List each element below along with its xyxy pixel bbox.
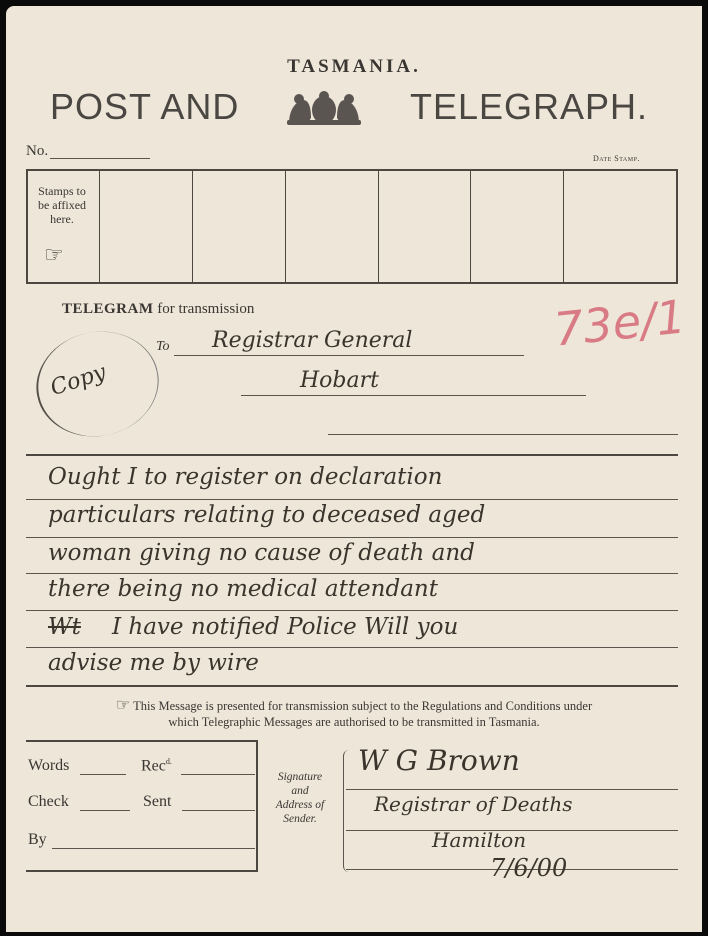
sender-label-line: Sender. xyxy=(260,812,340,826)
sender-label-line: and xyxy=(260,784,340,798)
message-rule xyxy=(26,499,678,500)
pointing-hand-icon: ☞ xyxy=(44,242,64,268)
recd-label: Recd. xyxy=(141,757,172,775)
sender-signature[interactable]: W G Brown xyxy=(358,744,520,777)
telegram-form: TASMANIA. POST AND TELEGRAPH. No. Date S… xyxy=(6,6,702,932)
struck-word: Wt xyxy=(48,614,81,640)
message-top-border xyxy=(26,454,678,456)
recd-sup: d. xyxy=(166,757,172,766)
by-field[interactable] xyxy=(52,848,255,849)
stamps-label-line: be affixed xyxy=(26,198,98,212)
stamp-box-divider xyxy=(192,170,193,282)
office-bottom-border xyxy=(26,870,258,872)
number-field[interactable] xyxy=(50,158,150,159)
stamp-box-divider xyxy=(563,170,564,282)
office-top-border xyxy=(26,740,258,742)
stamps-label-line: Stamps to xyxy=(26,184,98,198)
check-field[interactable] xyxy=(80,810,130,811)
stamp-box-divider xyxy=(99,170,100,282)
recd-field[interactable] xyxy=(181,774,255,775)
words-label: Words xyxy=(28,757,69,775)
sender-address-2[interactable]: Hamilton xyxy=(432,828,526,852)
to-line-3 xyxy=(328,434,678,435)
title-right: TELEGRAPH. xyxy=(410,86,648,128)
sender-date[interactable]: 7/6/00 xyxy=(490,854,567,882)
telegram-heading: TELEGRAM for transmission xyxy=(62,301,254,318)
to-label: To xyxy=(156,339,170,355)
colony-heading: TASMANIA. xyxy=(6,56,702,78)
message-rule xyxy=(26,573,678,574)
message-line[interactable]: Ought I to register on declaration xyxy=(48,464,442,490)
stamp-box-divider xyxy=(378,170,379,282)
message-line[interactable]: there being no medical attendant xyxy=(48,576,438,602)
notice-line-1: ☞ This Message is presented for transmis… xyxy=(6,698,702,714)
message-line[interactable]: I have notified Police Will you xyxy=(112,614,458,640)
telegram-heading-bold: TELEGRAM xyxy=(62,301,154,317)
sender-label: Signature and Address of Sender. xyxy=(260,770,340,826)
date-stamp-label: Date Stamp. xyxy=(593,154,640,163)
check-label: Check xyxy=(28,793,69,811)
sender-label-line: Address of xyxy=(260,798,340,812)
message-bottom-border xyxy=(26,685,678,687)
stamps-label-line: here. xyxy=(26,212,98,226)
stamps-label: Stamps to be affixed here. xyxy=(26,184,98,226)
telegram-heading-rest: for transmission xyxy=(157,301,254,317)
words-field[interactable] xyxy=(80,774,126,775)
notice-line-2: which Telegraphic Messages are authorise… xyxy=(6,714,702,730)
sender-address-1[interactable]: Registrar of Deaths xyxy=(374,792,573,816)
coat-of-arms-icon xyxy=(283,90,365,126)
to-line-2 xyxy=(241,395,586,396)
sender-brace xyxy=(343,750,352,872)
to-recipient[interactable]: Registrar General xyxy=(212,328,412,353)
stamp-box-divider xyxy=(470,170,471,282)
message-line[interactable]: woman giving no cause of death and xyxy=(48,540,475,566)
stamp-box-divider xyxy=(285,170,286,282)
sent-label: Sent xyxy=(143,793,171,811)
message-rule xyxy=(26,537,678,538)
stamps-bottom-border xyxy=(26,282,678,284)
sent-field[interactable] xyxy=(182,810,255,811)
notice-text: This Message is presented for transmissi… xyxy=(133,699,592,713)
message-line[interactable]: advise me by wire xyxy=(48,650,259,676)
by-label: By xyxy=(28,831,47,849)
stamps-right-border xyxy=(676,169,678,284)
recd-text: Rec xyxy=(141,757,166,774)
sender-label-line: Signature xyxy=(260,770,340,784)
message-rule xyxy=(26,647,678,648)
message-rule xyxy=(26,610,678,611)
office-right-border xyxy=(256,740,258,872)
pointing-hand-icon: ☞ xyxy=(116,697,130,714)
red-pencil-annotation: 73e/1 xyxy=(552,289,689,356)
signature-line xyxy=(346,789,678,790)
number-label: No. xyxy=(26,143,48,160)
regulations-notice: ☞ This Message is presented for transmis… xyxy=(6,698,702,730)
to-line-1 xyxy=(174,355,524,356)
stamps-top-border xyxy=(26,169,678,171)
to-address[interactable]: Hobart xyxy=(300,368,379,393)
title-left: POST AND xyxy=(50,86,239,128)
message-line[interactable]: particulars relating to deceased aged xyxy=(48,502,485,528)
